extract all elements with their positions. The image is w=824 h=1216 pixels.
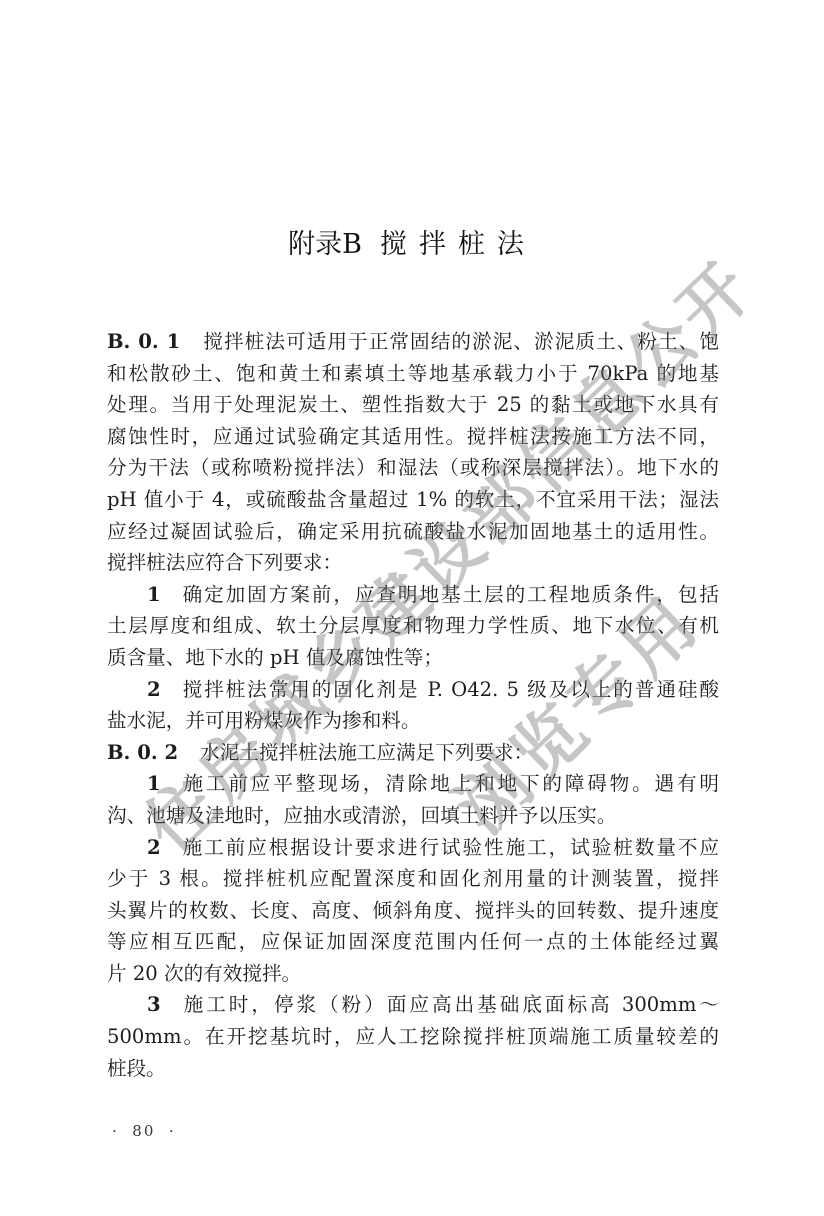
item-number: 3 [147,993,161,1016]
line-text: 搅拌桩法可适用于正常固结的淤泥、淤泥质土、粉土、饱 [202,330,719,353]
clause-number: B. 0. 1 [107,330,180,353]
line-text: 确定加固方案前，应查明地基土层的工程地质条件，包括 [181,583,719,606]
text-line: 和松散砂土、饱和黄土和素填土等地基承载力小于 70kPa 的地基 [107,358,719,390]
clause-line: B. 0. 2水泥土搅拌桩法施工应满足下列要求： [107,737,719,769]
line-text: 施工时，停浆（粉）面应高出基础底面标高 300mm～ [181,993,719,1016]
text-line: 应经过凝固试验后，确定采用抗硫酸盐水泥加固地基土的适用性。 [107,516,719,548]
text-line: 腐蚀性时，应通过试验确定其适用性。搅拌桩法按施工方法不同， [107,421,719,453]
text-line: 等应相互匹配，应保证加固深度范围内任何一点的土体能经过翼 [107,926,719,958]
item-line: 2搅拌桩法常用的固化剂是 P. O42. 5 级及以上的普通硅酸 [107,674,719,706]
line-text: 施工前应平整现场，清除地上和地下的障碍物。遇有明 [181,772,719,795]
item-number: 1 [147,772,161,795]
body-text: B. 0. 1搅拌桩法可适用于正常固结的淤泥、淤泥质土、粉土、饱 和松散砂土、饱… [107,326,719,1084]
appendix-label: 附录B [288,229,362,260]
item-line: 3施工时，停浆（粉）面应高出基础底面标高 300mm～ [107,989,719,1021]
item-line: 2施工前应根据设计要求进行试验性施工，试验桩数量不应 [107,832,719,864]
item-number: 1 [147,583,161,606]
text-line: 处理。当用于处理泥炭土、塑性指数大于 25 的黏土或地下水具有 [107,389,719,421]
appendix-title: 搅拌桩法 [380,229,536,260]
clause-line: B. 0. 1搅拌桩法可适用于正常固结的淤泥、淤泥质土、粉土、饱 [107,326,719,358]
text-line: 沟、池塘及洼地时，应抽水或清淤，回填土料并予以压实。 [107,800,719,832]
text-line: 头翼片的枚数、长度、高度、倾斜角度、搅拌头的回转数、提升速度 [107,895,719,927]
text-line: 500mm。在开挖基坑时，应人工挖除搅拌桩顶端施工质量较差的 [107,1021,719,1053]
text-line: 少于 3 根。搅拌桩机应配置深度和固化剂用量的计测装置，搅拌 [107,863,719,895]
document-page: 附录B搅拌桩法 B. 0. 1搅拌桩法可适用于正常固结的淤泥、淤泥质土、粉土、饱… [0,0,824,1216]
line-text: 水泥土搅拌桩法施工应满足下列要求： [200,741,533,764]
text-line: 搅拌桩法应符合下列要求： [107,547,719,579]
text-line: 分为干法（或称喷粉搅拌法）和湿法（或称深层搅拌法）。地下水的 [107,452,719,484]
text-line: pH 值小于 4，或硫酸盐含量超过 1% 的软土，不宜采用干法；湿法 [107,484,719,516]
text-line: 质含量、地下水的 pH 值及腐蚀性等； [107,642,719,674]
page-number: · 80 · [112,1122,176,1140]
page-title: 附录B搅拌桩法 [0,222,824,261]
item-line: 1施工前应平整现场，清除地上和地下的障碍物。遇有明 [107,768,719,800]
item-number: 2 [147,836,161,859]
item-line: 1确定加固方案前，应查明地基土层的工程地质条件，包括 [107,579,719,611]
item-number: 2 [147,678,161,701]
clause-number: B. 0. 2 [107,741,178,764]
text-line: 桩段。 [107,1053,719,1085]
text-line: 土层厚度和组成、软土分层厚度和物理力学性质、地下水位、有机 [107,610,719,642]
line-text: 施工前应根据设计要求进行试验性施工，试验桩数量不应 [181,836,719,859]
line-text: 搅拌桩法常用的固化剂是 P. O42. 5 级及以上的普通硅酸 [181,678,719,701]
text-line: 盐水泥，并可用粉煤灰作为掺和料。 [107,705,719,737]
text-line: 片 20 次的有效搅拌。 [107,958,719,990]
